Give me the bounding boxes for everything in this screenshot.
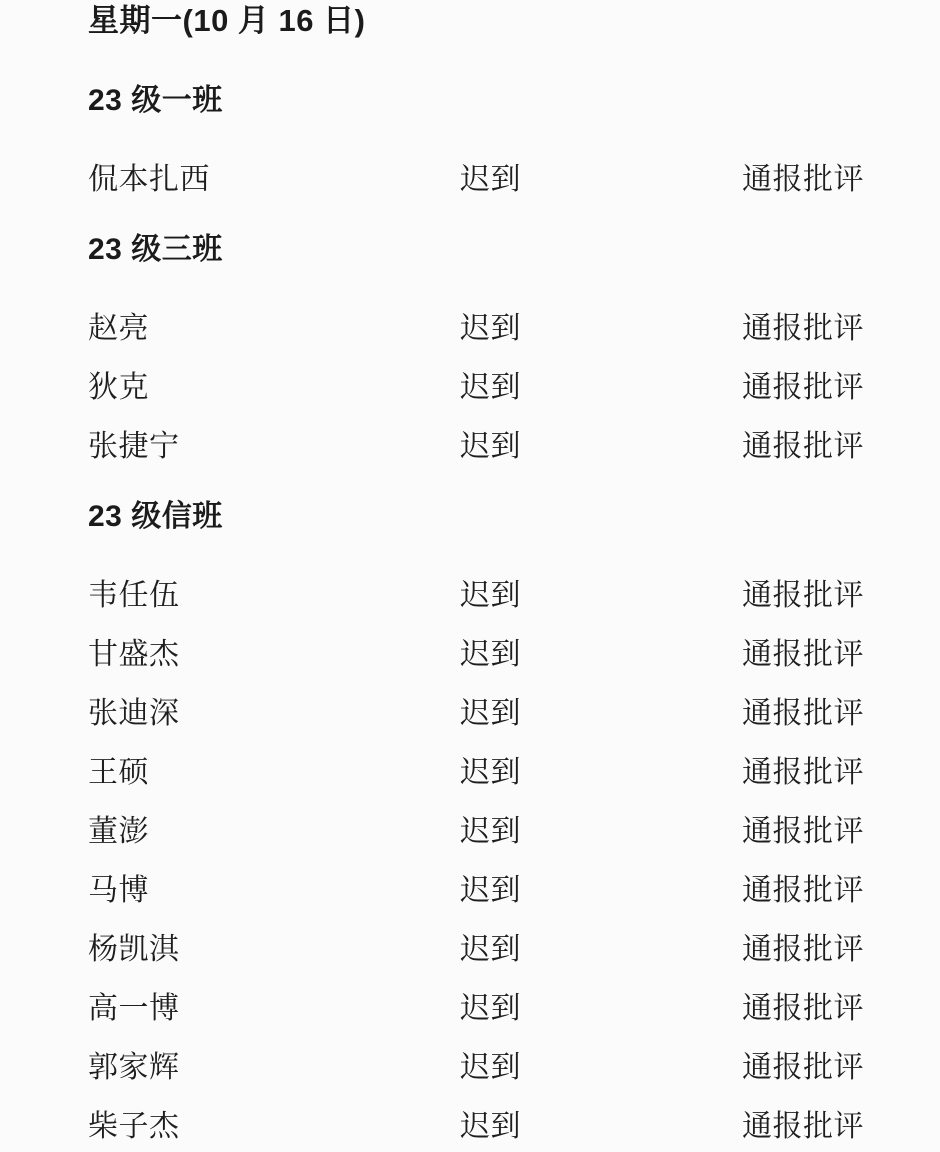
- punishment-action: 通报批评: [742, 1110, 884, 1144]
- late-status: 迟到: [460, 163, 742, 197]
- student-row: 杨凯淇迟到通报批评: [88, 920, 884, 979]
- late-status: 迟到: [460, 638, 742, 672]
- late-status: 迟到: [460, 1110, 742, 1144]
- late-status: 迟到: [460, 815, 742, 849]
- page-title: 星期一(10 月 16 日): [88, 0, 884, 40]
- student-row: 马博迟到通报批评: [88, 861, 884, 920]
- student-name: 王硕: [88, 756, 460, 790]
- late-status: 迟到: [460, 874, 742, 908]
- student-name: 高一博: [88, 992, 460, 1026]
- class-heading: 23 级信班: [88, 502, 884, 532]
- class-section: 23 级信班韦任伍迟到通报批评甘盛杰迟到通报批评张迪深迟到通报批评王硕迟到通报批…: [88, 502, 884, 1152]
- late-status: 迟到: [460, 1051, 742, 1085]
- student-row: 高一博迟到通报批评: [88, 979, 884, 1038]
- student-name: 韦任伍: [88, 579, 460, 613]
- punishment-action: 通报批评: [742, 312, 884, 346]
- punishment-action: 通报批评: [742, 874, 884, 908]
- late-status: 迟到: [460, 697, 742, 731]
- student-row: 韦任伍迟到通报批评: [88, 566, 884, 625]
- late-status: 迟到: [460, 430, 742, 464]
- class-section: 23 级三班赵亮迟到通报批评狄克迟到通报批评张捷宁迟到通报批评: [88, 235, 884, 476]
- student-row: 王硕迟到通报批评: [88, 743, 884, 802]
- student-name: 赵亮: [88, 312, 460, 346]
- student-name: 郭家辉: [88, 1051, 460, 1085]
- student-name: 马博: [88, 874, 460, 908]
- student-row: 张捷宁迟到通报批评: [88, 417, 884, 476]
- late-status: 迟到: [460, 371, 742, 405]
- punishment-action: 通报批评: [742, 697, 884, 731]
- student-row: 狄克迟到通报批评: [88, 358, 884, 417]
- punishment-action: 通报批评: [742, 815, 884, 849]
- student-name: 张捷宁: [88, 430, 460, 464]
- student-name: 柴子杰: [88, 1110, 460, 1144]
- discipline-report: 星期一(10 月 16 日) 23 级一班侃本扎西迟到通报批评23 级三班赵亮迟…: [0, 0, 940, 1152]
- class-heading: 23 级一班: [88, 86, 884, 116]
- punishment-action: 通报批评: [742, 579, 884, 613]
- student-name: 甘盛杰: [88, 638, 460, 672]
- punishment-action: 通报批评: [742, 992, 884, 1026]
- student-row: 郭家辉迟到通报批评: [88, 1038, 884, 1097]
- student-row: 侃本扎西迟到通报批评: [88, 150, 884, 209]
- late-status: 迟到: [460, 933, 742, 967]
- student-row: 柴子杰迟到通报批评: [88, 1097, 884, 1152]
- student-name: 杨凯淇: [88, 933, 460, 967]
- report-body: 23 级一班侃本扎西迟到通报批评23 级三班赵亮迟到通报批评狄克迟到通报批评张捷…: [88, 86, 884, 1152]
- class-heading: 23 级三班: [88, 235, 884, 265]
- late-status: 迟到: [460, 579, 742, 613]
- student-row: 甘盛杰迟到通报批评: [88, 625, 884, 684]
- student-name: 狄克: [88, 371, 460, 405]
- student-name: 董澎: [88, 815, 460, 849]
- student-name: 张迪深: [88, 697, 460, 731]
- late-status: 迟到: [460, 312, 742, 346]
- punishment-action: 通报批评: [742, 371, 884, 405]
- punishment-action: 通报批评: [742, 933, 884, 967]
- late-status: 迟到: [460, 992, 742, 1026]
- student-row: 赵亮迟到通报批评: [88, 299, 884, 358]
- punishment-action: 通报批评: [742, 430, 884, 464]
- punishment-action: 通报批评: [742, 638, 884, 672]
- punishment-action: 通报批评: [742, 163, 884, 197]
- late-status: 迟到: [460, 756, 742, 790]
- punishment-action: 通报批评: [742, 756, 884, 790]
- student-row: 张迪深迟到通报批评: [88, 684, 884, 743]
- class-section: 23 级一班侃本扎西迟到通报批评: [88, 86, 884, 209]
- student-row: 董澎迟到通报批评: [88, 802, 884, 861]
- punishment-action: 通报批评: [742, 1051, 884, 1085]
- student-name: 侃本扎西: [88, 163, 460, 197]
